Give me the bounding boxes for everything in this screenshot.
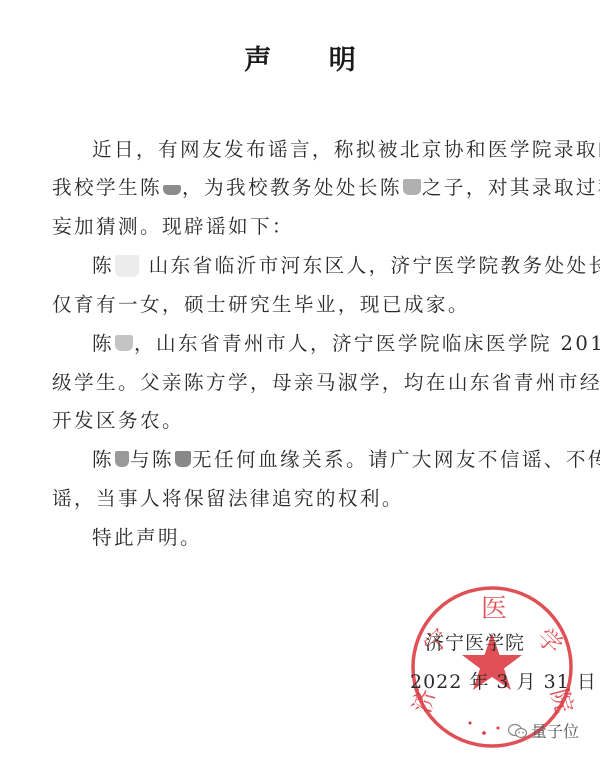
paragraph-3-line-3: 开发区务农。 <box>52 409 577 433</box>
redaction-block <box>115 451 129 467</box>
text-segment: ，为我校教务处处长陈 <box>182 176 402 199</box>
watermark: 量子位 <box>508 719 579 742</box>
text-segment: 与陈 <box>130 448 174 471</box>
paragraph-4-line-1: 陈与陈无任何血缘关系。请广大网友不信谣、不传 <box>92 448 577 472</box>
signature-organization: 济宁医学院 <box>425 628 525 655</box>
redaction-block <box>163 185 181 195</box>
text-segment: 陈 <box>92 448 114 471</box>
signature-date: 2022 年 3 月 31 日 <box>410 667 597 694</box>
text-segment: 陈 <box>92 254 114 277</box>
paragraph-4-line-2: 谣，当事人将保留法律追究的权利。 <box>52 487 577 511</box>
wechat-icon <box>508 723 528 739</box>
document-title: 声 明 <box>0 38 600 77</box>
text-segment: 之子，对其录取过程 <box>422 176 600 199</box>
redaction-block <box>175 451 191 467</box>
closing-line: 特此声明。 <box>92 526 577 550</box>
paragraph-2-line-2: 仅育有一女，硕士研究生毕业，现已成家。 <box>52 293 577 317</box>
text-segment: 无任何血缘关系。请广大网友不信谣、不传 <box>192 448 600 471</box>
redaction-block <box>115 335 133 351</box>
paragraph-1-line-1: 近日，有网友发布谣言，称拟被北京协和医学院录取的 <box>92 138 577 162</box>
text-segment: 我校学生陈 <box>52 176 162 199</box>
redaction-block <box>403 179 421 195</box>
svg-text:医: 医 <box>481 594 507 624</box>
text-segment: ，山东省青州市人，济宁医学院临床医学院 2017 <box>134 332 600 355</box>
paragraph-3-line-2: 级学生。父亲陈方学，母亲马淑学，均在山东省青州市经济 <box>52 371 577 395</box>
text-segment: 陈 <box>92 332 114 355</box>
paragraph-1-line-2: 我校学生陈，为我校教务处处长陈之子，对其录取过程 <box>52 176 577 200</box>
watermark-label: 量子位 <box>531 719 579 742</box>
paragraph-1-line-3: 妄加猜测。现辟谣如下： <box>52 215 577 239</box>
paragraph-2-line-1: 陈 山东省临沂市河东区人，济宁医学院教务处处长， <box>92 254 577 278</box>
paragraph-3-line-1: 陈，山东省青州市人，济宁医学院临床医学院 2017 <box>92 332 577 356</box>
redaction-block <box>115 255 139 277</box>
text-segment: 山东省临沂市河东区人，济宁医学院教务处处长， <box>140 254 600 277</box>
